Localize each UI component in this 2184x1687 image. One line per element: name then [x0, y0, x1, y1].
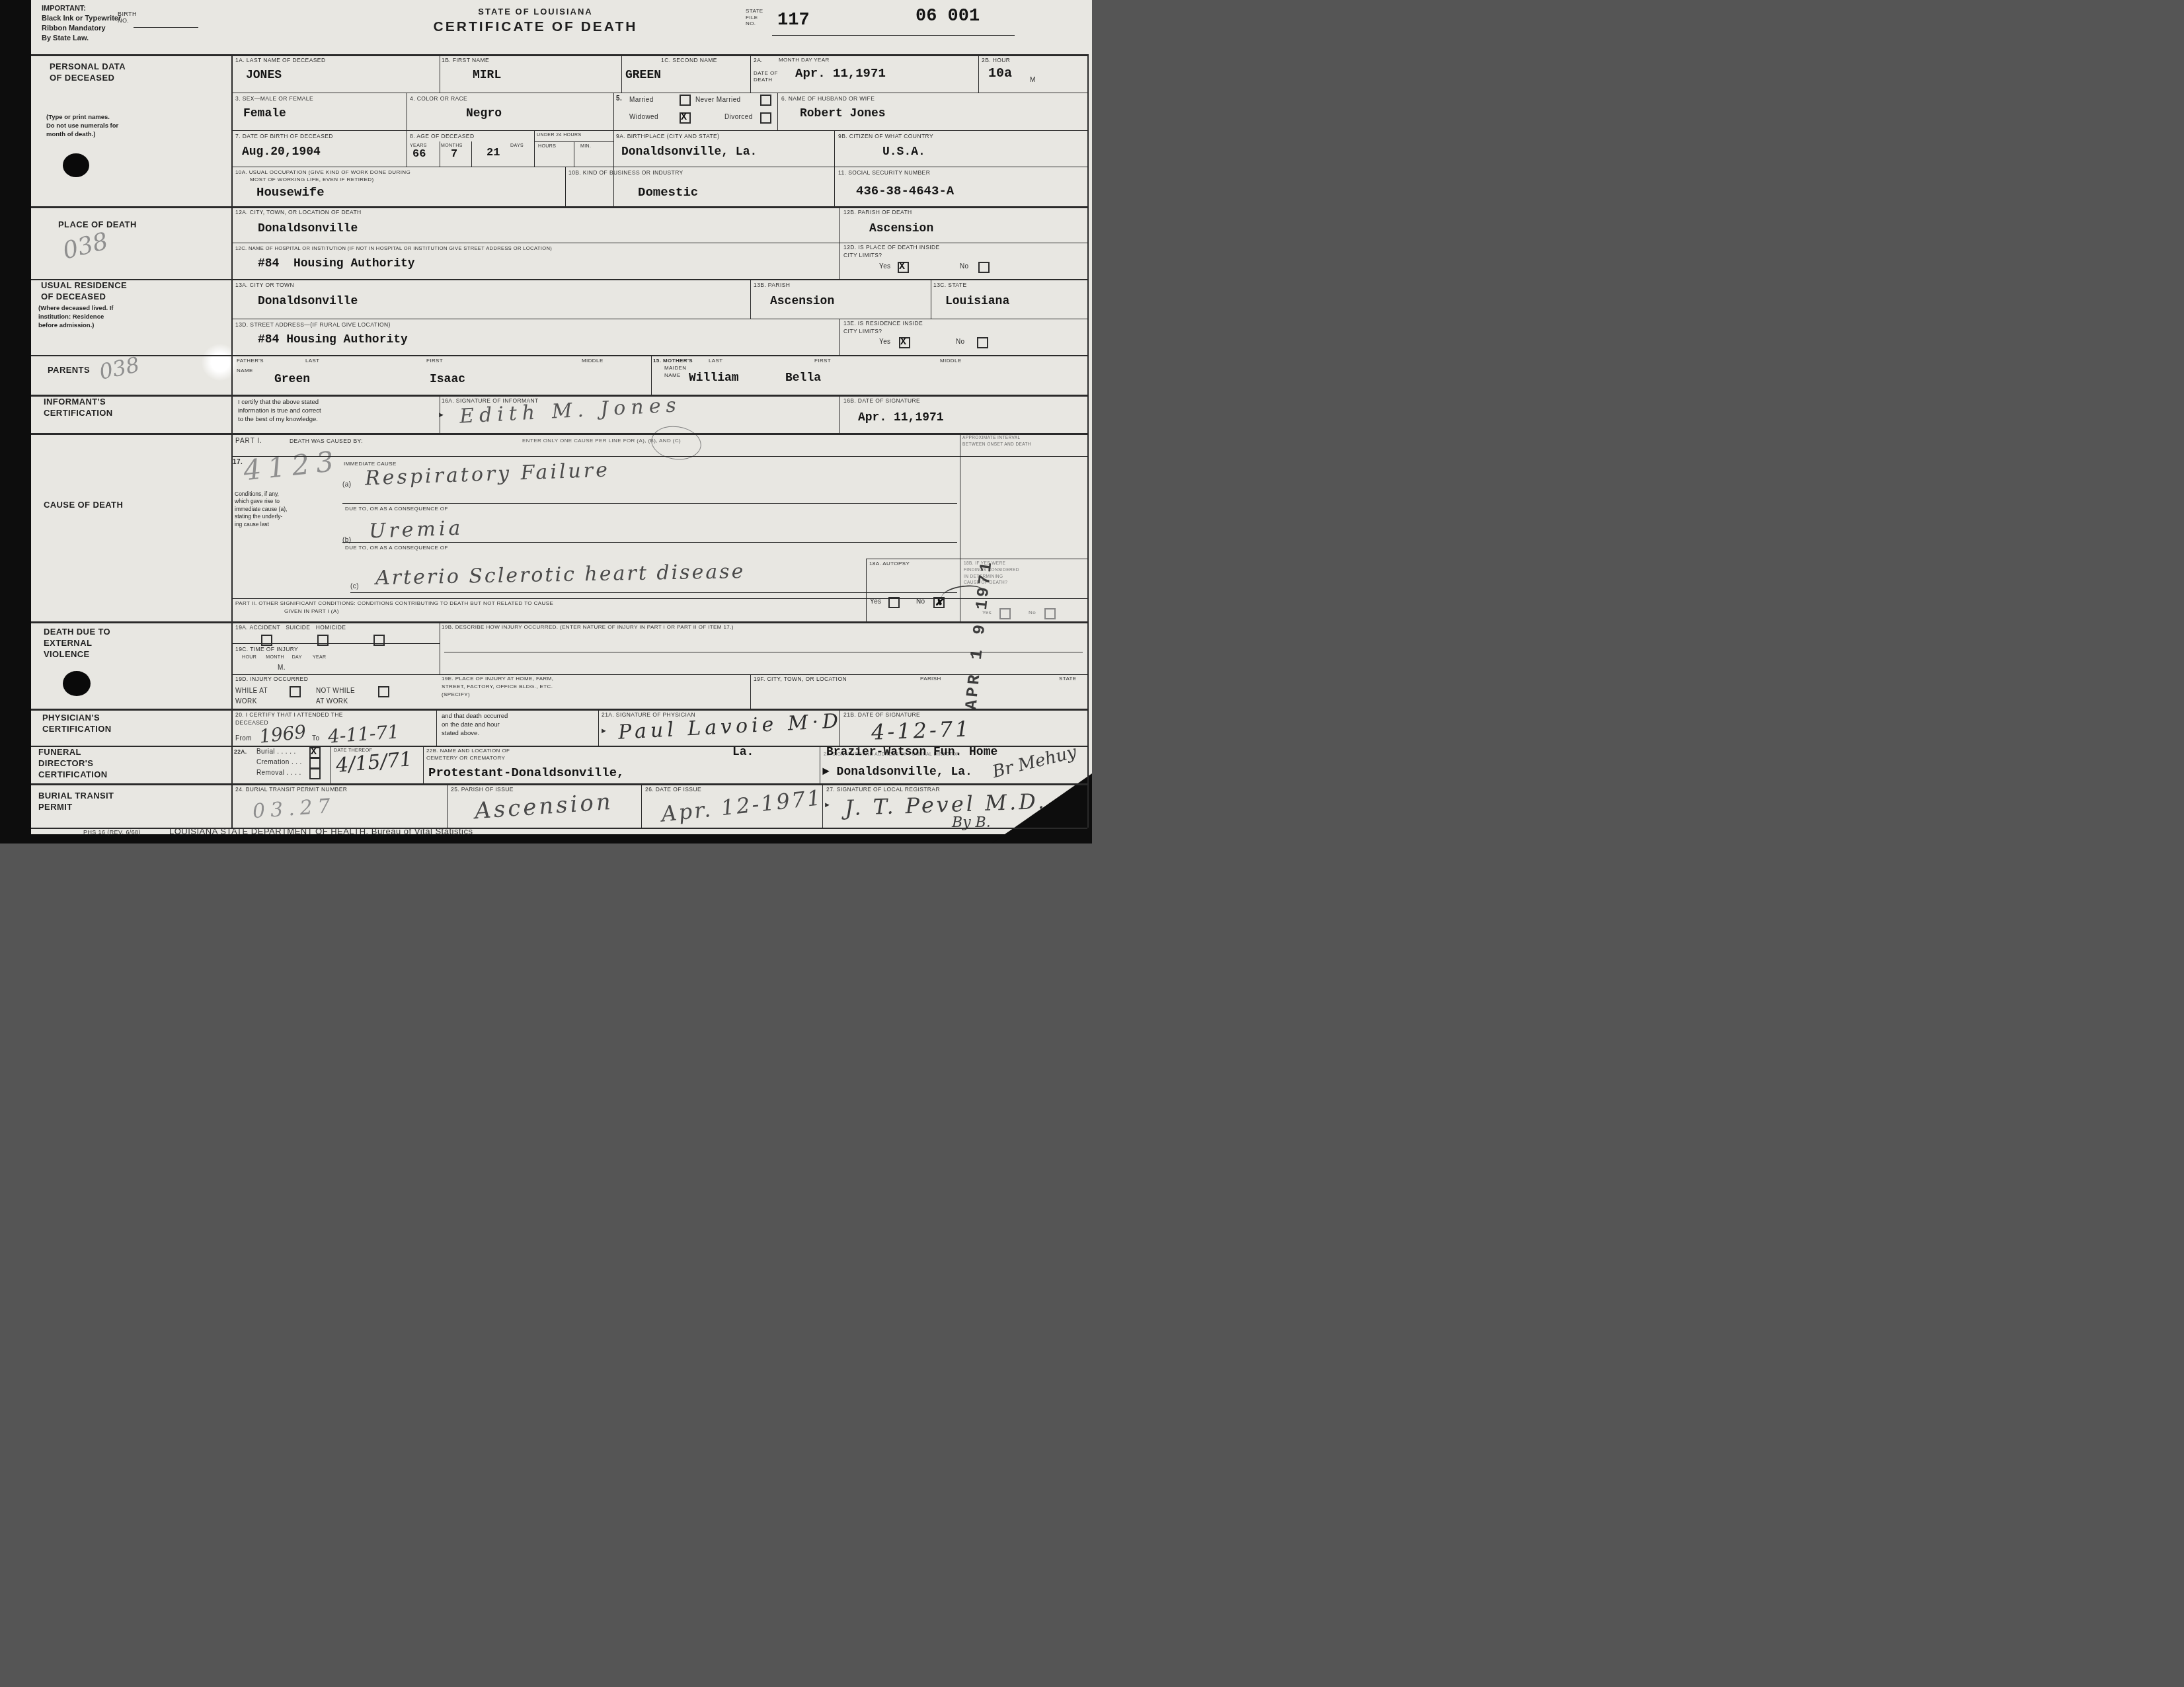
field-19e-label2: STREET, FACTORY, OFFICE BLDG., ETC.: [442, 684, 553, 689]
form-rule-line: [447, 783, 448, 828]
field-19f-parish-label: PARISH: [920, 676, 941, 682]
form-rule-line: [621, 54, 622, 93]
part2-label-2: GIVEN IN PART I (A): [284, 608, 339, 614]
section-external-violence: DEATH DUE TO EXTERNAL VIOLENCE: [44, 627, 110, 660]
field-1a-value: JONES: [246, 69, 282, 82]
form-rule-line: [231, 456, 1087, 457]
field-13b-label: 13B. PARISH: [754, 282, 790, 288]
field-13b-value: Ascension: [770, 295, 834, 308]
field-11-value: 436-38-4643-A: [856, 184, 954, 198]
form-rule-line: [423, 746, 424, 783]
removal-option-label: Removal . . . .: [256, 769, 301, 777]
form-rule-line: [231, 243, 1087, 243]
form-rule-line: [231, 54, 233, 828]
findings-no-checkbox: [1044, 608, 1056, 619]
field-8-days-label: DAYS: [510, 143, 524, 148]
field-4-label: 4. COLOR OR RACE: [410, 95, 467, 102]
ink-blob-2: [63, 671, 91, 696]
form-rule-line: [31, 709, 1087, 711]
form-rule-line: [534, 130, 535, 167]
field-13e-yes-label: Yes: [879, 338, 891, 346]
field-12d-label: 12D. IS PLACE OF DEATH INSIDE CITY LIMIT…: [843, 244, 940, 260]
form-rule-line: [436, 709, 437, 746]
field-8-days-value: 21: [487, 147, 500, 159]
field-20-to-label: To: [312, 735, 319, 742]
section-parents: PARENTS: [48, 365, 90, 376]
form-rule-line: [31, 433, 1087, 435]
field-22a-label: 22A.: [234, 748, 247, 755]
field-19f-label: 19F. CITY, TOWN, OR LOCATION: [754, 676, 847, 682]
father-last-col: LAST: [305, 358, 320, 364]
field-9a-label: 9A. BIRTHPLACE (CITY AND STATE): [616, 133, 719, 139]
section-cause-of-death: CAUSE OF DEATH: [44, 500, 123, 511]
field-19e-label3: (SPECIFY): [442, 691, 470, 697]
pencil-oval-scribble: [649, 423, 703, 463]
scan-edge-bottom: [0, 834, 1092, 843]
residence-city-limits-yes-checkbox: X: [899, 337, 910, 348]
form-rule-line: [407, 93, 407, 130]
field-19e-label: 19E. PLACE OF INJURY AT HOME, FARM,: [442, 676, 553, 682]
state-file-number: 117: [777, 11, 810, 30]
form-rule-line: [839, 206, 840, 279]
form-rule-line: [231, 643, 440, 644]
field-8-months-label: MONTHS: [441, 143, 463, 148]
field-16b-value: Apr. 11,1971: [858, 411, 944, 424]
form-rule-line: [440, 395, 440, 433]
field-13d-value: #84 Housing Authority: [258, 333, 408, 346]
field-2a-columns: MONTH DAY YEAR: [779, 57, 830, 63]
form-rule-line: [31, 54, 1087, 56]
field-21b-label: 21B. DATE OF SIGNATURE: [843, 711, 920, 718]
form-rule-line: [820, 746, 820, 783]
field-22b-label2: CEMETERY OR CREMATORY: [426, 755, 505, 761]
state-file-label: STATE FILE NO.: [746, 8, 763, 27]
form-rule-line: [407, 130, 407, 167]
field-19d-label: 19D. INJURY OCCURRED: [235, 676, 308, 682]
father-first-value: Isaac: [430, 373, 465, 386]
section-burial-permit: BURIAL TRANSIT PERMIT: [38, 791, 114, 813]
form-rule-line: [651, 355, 652, 395]
form-rule-line: [931, 279, 931, 319]
form-rule-line: [444, 652, 1083, 652]
field-26-label: 26. DATE OF ISSUE: [645, 786, 701, 793]
form-rule-line: [839, 709, 840, 746]
death-city-limits-yes-mark: X: [899, 261, 905, 272]
widowed-checkbox: X: [680, 112, 691, 124]
form-rule-line: [613, 93, 614, 206]
item-17-label: 17.: [233, 459, 243, 466]
form-rule-line: [834, 130, 835, 206]
form-rule-line: [440, 621, 440, 674]
form-rule-line: [471, 141, 472, 167]
cause-a-label: (a): [342, 481, 351, 489]
form-rule-line: [866, 559, 1087, 559]
form-rule-line: [1087, 54, 1089, 828]
residence-city-limits-no-checkbox: [977, 337, 988, 348]
form-rule-line: [839, 319, 840, 355]
form-rule-line: [978, 54, 979, 93]
field-6-value: Robert Jones: [800, 107, 886, 120]
burial-x-mark: X: [311, 746, 317, 758]
section-informant: INFORMANT'S CERTIFICATION: [44, 397, 113, 419]
field-8-years-label: YEARS: [410, 143, 427, 148]
form-rule-line: [598, 709, 599, 746]
field-16b-label: 16B. DATE OF SIGNATURE: [843, 397, 920, 404]
burial-option-label: Burial . . . . .: [256, 748, 296, 756]
field-5-never-married-label: Never Married: [695, 97, 741, 104]
father-middle-col: MIDDLE: [582, 358, 604, 364]
field-8-hours-label: HOURS: [538, 144, 556, 149]
form-rule-line: [565, 167, 566, 206]
field-1a-label: 1A. LAST NAME OF DECEASED: [235, 57, 325, 63]
field-22b-label: 22B. NAME AND LOCATION OF: [426, 748, 510, 754]
field-19c-m-label: M.: [278, 664, 286, 672]
field-2b-value: 10a: [988, 66, 1012, 81]
mother-name-label: NAME: [664, 372, 681, 378]
divorced-checkbox: [760, 112, 771, 124]
physician-mid-text: and that death occurred on the date and …: [442, 713, 508, 738]
field-19d-atwork-label: AT WORK: [316, 698, 348, 705]
field-18a-label: 18A. AUTOPSY: [869, 561, 910, 567]
field-12d-yes-label: Yes: [879, 263, 891, 270]
field-23-line2: ► Donaldsonville, La.: [822, 765, 972, 779]
field-24-label: 24. BURIAL TRANSIT PERMIT NUMBER: [235, 786, 347, 793]
father-label: FATHER'S: [237, 358, 264, 364]
form-rule-line: [777, 93, 778, 130]
death-city-limits-no-checkbox: [978, 262, 990, 273]
form-rule-line: [31, 355, 1087, 356]
part1-label: PART I.: [235, 438, 262, 445]
form-rule-line: [772, 35, 1015, 36]
field-19d-notwhile-label: NOT WHILE: [316, 687, 355, 695]
mother-middle-col: MIDDLE: [940, 358, 962, 364]
cause-a-value: Respiratory Failure: [365, 459, 611, 490]
state-name: STATE OF LOUISIANA: [410, 7, 661, 18]
form-rule-line: [31, 279, 1087, 280]
form-rule-line: [31, 746, 1087, 747]
interval-label: APPROXIMATE INTERVAL BETWEEN ONSET AND D…: [962, 435, 1031, 448]
field-12a-label: 12A. CITY, TOWN, OR LOCATION OF DEATH: [235, 209, 362, 216]
due-to-label-2: DUE TO, OR AS A CONSEQUENCE OF: [345, 545, 448, 551]
father-name-label: NAME: [237, 368, 253, 373]
form-number: PHS 16 (REV. 6/68): [83, 829, 141, 836]
field-13d-label: 13D. STREET ADDRESS—(IF RURAL GIVE LOCAT…: [235, 321, 391, 328]
mother-first-col: FIRST: [814, 358, 831, 364]
form-rule-line: [750, 674, 751, 709]
death-certificate-scan: IMPORTANT: Black Ink or Typewriter Ribbo…: [0, 0, 1092, 843]
form-rule-line: [31, 783, 1087, 785]
field-19c-columns: HOUR MONTH DAY YEAR: [242, 655, 327, 660]
usual-residence-note: (Where deceased lived. If institution: R…: [38, 305, 114, 330]
field-21a-label: 21A. SIGNATURE OF PHYSICIAN: [602, 711, 695, 718]
field-8-under24-label: UNDER 24 HOURS: [537, 133, 581, 137]
removal-checkbox: [309, 768, 321, 779]
field-5-label: 5.: [616, 95, 622, 102]
field-5-widowed-label: Widowed: [629, 114, 658, 121]
informant-arrow-icon: ►: [438, 411, 445, 419]
form-rule-line: [342, 503, 957, 504]
field-2a-sub-label: DATE OF DEATH: [754, 70, 778, 84]
form-rule-line: [231, 167, 1087, 167]
mother-maiden-label: MAIDEN: [664, 365, 687, 371]
field-1b-value: MIRL: [473, 69, 501, 82]
part1-caused-by: DEATH WAS CAUSED BY:: [290, 438, 363, 444]
field-12b-value: Ascension: [869, 222, 933, 235]
section-funeral-director: FUNERAL DIRECTOR'S CERTIFICATION: [38, 747, 108, 781]
form-rule-line: [641, 783, 642, 828]
form-rule-line: [750, 279, 751, 319]
field-12c-label: 12C. NAME OF HOSPITAL OR INSTITUTION (IF…: [235, 245, 552, 251]
not-while-at-work-checkbox: [378, 686, 389, 697]
field-19f-state-label: STATE: [1059, 676, 1077, 682]
part2-label: PART II. OTHER SIGNIFICANT CONDITIONS: C…: [235, 600, 553, 606]
field-6-label: 6. NAME OF HUSBAND OR WIFE: [781, 95, 875, 102]
married-checkbox: [680, 95, 691, 106]
form-rule-line: [822, 783, 823, 828]
cause-c-label: (c): [350, 583, 359, 590]
form-rule-line: [342, 542, 957, 543]
cause-b-label: (b): [342, 537, 351, 544]
field-8-min-label: MIN.: [580, 144, 591, 149]
field-5-married-label: Married: [629, 97, 654, 104]
form-rule-line: [231, 130, 1087, 131]
mother-last-col: LAST: [709, 358, 723, 364]
state-file-number-2: 06 001: [916, 7, 980, 26]
homicide-checkbox: [373, 635, 385, 646]
section-physician: PHYSICIAN'S CERTIFICATION: [42, 713, 112, 735]
scan-edge-left: [0, 0, 31, 843]
field-20-from-label: From: [235, 735, 252, 742]
field-21b-value: 4-12-71: [871, 716, 972, 744]
field-9b-label: 9B. CITIZEN OF WHAT COUNTRY: [838, 133, 933, 139]
form-rule-line: [440, 54, 440, 93]
father-first-col: FIRST: [426, 358, 443, 364]
field-19c-label: 19C. TIME OF INJURY: [235, 646, 298, 652]
due-to-label-1: DUE TO, OR AS A CONSEQUENCE OF: [345, 506, 448, 512]
field-18a-no-label: No: [916, 598, 925, 606]
field-4-value: Negro: [466, 107, 502, 120]
field-13c-value: Louisiana: [945, 295, 1009, 308]
pencil-038-parents: 038: [97, 352, 142, 385]
funeral-director-signature: Br Mehuy: [990, 742, 1078, 783]
widowed-x-mark: X: [681, 112, 687, 123]
cremation-option-label: Cremation . . .: [256, 759, 302, 766]
field-22b-stray-text: La.: [732, 746, 754, 759]
field-10a-label2: MOST OF WORKING LIFE, EVEN IF RETIRED): [250, 177, 374, 182]
form-rule-line: [231, 319, 1087, 319]
ink-blob-1: [63, 153, 89, 177]
mother-label: 15. MOTHER'S: [653, 358, 693, 364]
field-19a-label: 19A. ACCIDENT SUICIDE HOMICIDE: [235, 624, 346, 631]
field-10a-value: Housewife: [256, 185, 325, 200]
conditions-note: Conditions, if any, which gave rise to i…: [235, 490, 287, 528]
registrar-signature: J. T. Pevel M.D.: [844, 789, 1047, 821]
form-rule-line: [866, 559, 867, 621]
field-8-months-value: 7: [451, 148, 457, 161]
registrar-arrow-icon: ►: [824, 801, 831, 809]
field-7-label: 7. DATE OF BIRTH OF DECEASED: [235, 133, 333, 139]
scan-flash-spot: [202, 344, 239, 381]
field-20-label: 20. I CERTIFY THAT I ATTENDED THE: [235, 711, 343, 718]
form-rule-line: [839, 395, 840, 433]
birth-no-label: BIRTH NO.: [118, 11, 137, 24]
accident-checkbox: [261, 635, 272, 646]
field-1b-label: 1B. FIRST NAME: [442, 57, 489, 63]
field-13a-label: 13A. CITY OR TOWN: [235, 282, 294, 288]
form-rule-line: [231, 93, 1087, 93]
field-13e-label: 13E. IS RESIDENCE INSIDE CITY LIMITS?: [843, 320, 923, 336]
field-12a-value: Donaldsonville: [258, 222, 358, 235]
death-city-limits-yes-checkbox: X: [898, 262, 909, 273]
field-27-label: 27. SIGNATURE OF LOCAL REGISTRAR: [826, 786, 940, 793]
page-title: CERTIFICATE OF DEATH: [397, 18, 674, 36]
informant-certify-text: I certify that the above stated informat…: [238, 399, 321, 424]
personal-data-note: (Type or print names. Do not use numeral…: [46, 114, 118, 139]
field-25-label: 25. PARISH OF ISSUE: [451, 786, 514, 793]
field-13c-label: 13C. STATE: [933, 282, 966, 288]
pencil-4123: 4123: [242, 444, 342, 487]
never-married-checkbox: [760, 95, 771, 106]
field-18b-no-label: No: [1029, 609, 1036, 615]
field-18a-yes-label: Yes: [870, 598, 882, 606]
field-10a-label: 10A. USUAL OCCUPATION (GIVE KIND OF WORK…: [235, 169, 410, 175]
field-1c-label: 1C. SECOND NAME: [661, 57, 717, 63]
field-12b-label: 12B. PARISH OF DEATH: [843, 209, 912, 216]
field-19d-work-label: WORK: [235, 698, 257, 705]
field-2a-value: Apr. 11,1971: [795, 66, 886, 81]
section-usual-residence: USUAL RESIDENCE OF DECEASED: [41, 280, 127, 303]
field-19d-while-label: WHILE AT: [235, 687, 268, 695]
form-rule-line: [31, 395, 1087, 397]
form-rule-line: [31, 206, 1087, 208]
suicide-checkbox: [317, 635, 329, 646]
physician-arrow-icon: ►: [600, 727, 607, 735]
form-rule-line: [31, 621, 1087, 623]
section-personal-data: PERSONAL DATA OF DECEASED: [50, 61, 126, 84]
field-8-years-value: 66: [412, 148, 426, 161]
field-12d-no-label: No: [960, 263, 969, 270]
field-10b-value: Domestic: [638, 185, 698, 200]
findings-yes-checkbox: [999, 608, 1011, 619]
field-2b-label: 2B. HOUR: [982, 57, 1010, 63]
form-rule-line: [750, 54, 751, 93]
form-rule-line: [231, 674, 1087, 675]
field-23-line1: Brazier-Watson Fun. Home: [826, 746, 997, 759]
father-last-value: Green: [274, 373, 310, 386]
field-13a-value: Donaldsonville: [258, 295, 358, 308]
field-20-to-value: 4-11-71: [327, 721, 400, 747]
cremation-checkbox: [309, 758, 321, 769]
cause-b-value: Uremia: [368, 517, 463, 543]
field-13e-no-label: No: [956, 338, 965, 346]
pencil-038-place: 038: [60, 227, 111, 264]
field-24-value: 03.27: [252, 795, 336, 824]
field-9b-value: U.S.A.: [882, 145, 925, 159]
field-1c-value: GREEN: [625, 69, 661, 82]
form-rule-line: [440, 141, 440, 167]
field-19b-label: 19B. DESCRIBE HOW INJURY OCCURRED. (ENTE…: [442, 624, 734, 630]
burial-checkbox: X: [309, 747, 321, 758]
field-8-label: 8. AGE OF DECEASED: [410, 133, 474, 139]
field-2b-m-label: M: [1030, 77, 1036, 84]
mother-last-value: William: [689, 372, 739, 385]
form-rule-line: [574, 141, 574, 167]
field-12c-value: #84 Housing Authority: [258, 257, 415, 270]
field-2a-label: 2A.: [754, 57, 763, 63]
field-7-value: Aug.20,1904: [242, 145, 321, 159]
field-20-from-value: 1969: [258, 721, 307, 747]
form-rule-line: [331, 746, 331, 783]
form-rule-line: [134, 27, 198, 28]
field-9a-value: Donaldsonville, La.: [621, 145, 757, 159]
while-at-work-checkbox: [290, 686, 301, 697]
field-22b-value: Protestant-Donaldsonville,: [428, 765, 624, 780]
important-notice: IMPORTANT: Black Ink or Typewriter Ribbo…: [42, 4, 121, 43]
field-11-label: 11. SOCIAL SECURITY NUMBER: [838, 169, 930, 176]
form-rule-line: [31, 828, 1087, 829]
residence-city-limits-yes-mark: X: [900, 336, 906, 348]
cause-c-value: Arterio Sclerotic heart disease: [375, 560, 746, 590]
field-3-label: 3. SEX—MALE OR FEMALE: [235, 95, 313, 102]
field-25-value: Ascension: [474, 789, 614, 825]
mother-first-value: Bella: [785, 372, 821, 385]
field-3-value: Female: [243, 107, 286, 120]
field-5-divorced-label: Divorced: [724, 114, 753, 121]
form-rule-line: [960, 433, 960, 621]
field-10b-label: 10B. KIND OF BUSINESS OR INDUSTRY: [568, 169, 683, 176]
form-rule-line: [231, 598, 1087, 599]
